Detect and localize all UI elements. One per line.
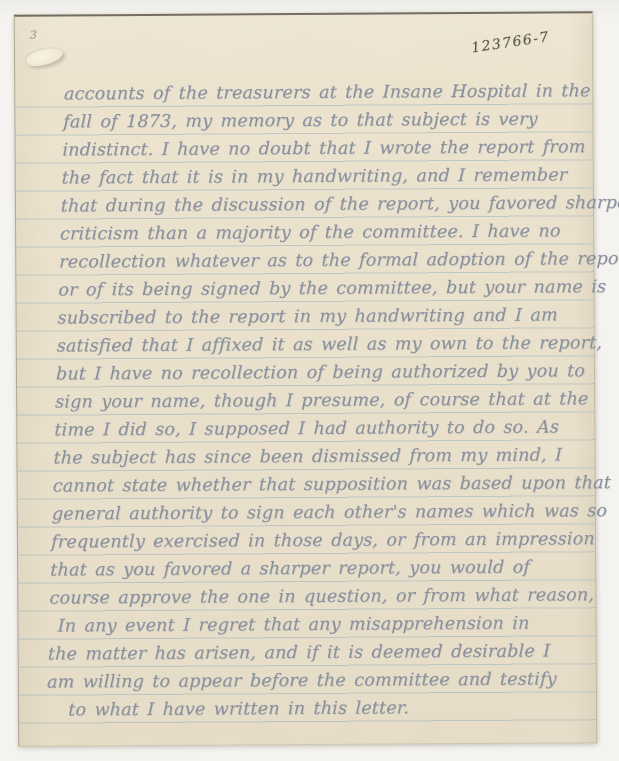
paper-blemish bbox=[25, 45, 65, 69]
archive-number: 123766-7 bbox=[470, 29, 551, 56]
handwritten-line: fall of 1873, my memory as to that subje… bbox=[63, 105, 589, 136]
handwritten-line: time I did so, I supposed I had authorit… bbox=[54, 413, 580, 444]
handwritten-line: accounts of the treasurers at the Insane… bbox=[64, 77, 590, 108]
page-number-mark: 3 bbox=[30, 29, 37, 42]
letter-page: 3 123766-7 accounts of the treasurers at… bbox=[14, 11, 597, 747]
handwritten-line: or of its being signed by the committee,… bbox=[58, 273, 584, 304]
letter-body: accounts of the treasurers at the Insane… bbox=[46, 77, 590, 724]
handwritten-line: that as you favored a sharper report, yo… bbox=[50, 553, 576, 584]
handwritten-line: In any event I regret that any misappreh… bbox=[48, 609, 574, 640]
handwritten-line: sign your name, though I presume, of cou… bbox=[55, 385, 581, 416]
handwritten-line: the fact that it is in my handwriting, a… bbox=[61, 161, 587, 192]
handwritten-line: subscribed to the report in my handwriti… bbox=[57, 301, 583, 332]
handwritten-line: criticism than a majority of the committ… bbox=[60, 217, 586, 248]
handwritten-line: that during the discussion of the report… bbox=[60, 189, 586, 220]
handwritten-line: satisfied that I affixed it as well as m… bbox=[56, 329, 582, 360]
handwritten-line: the matter has arisen, and if it is deem… bbox=[47, 637, 573, 668]
handwritten-line: general authority to sign each other's n… bbox=[52, 497, 578, 528]
scan-background: 3 123766-7 accounts of the treasurers at… bbox=[0, 0, 619, 761]
handwritten-line: frequently exercised in those days, or f… bbox=[51, 525, 577, 556]
handwritten-line: the subject has since been dismissed fro… bbox=[53, 441, 579, 472]
handwritten-line: indistinct. I have no doubt that I wrote… bbox=[62, 133, 588, 164]
handwritten-line: cannot state whether that supposition wa… bbox=[52, 469, 578, 500]
handwritten-line: am willing to appear before the committe… bbox=[47, 665, 573, 696]
handwritten-line: recollection whatever as to the formal a… bbox=[59, 245, 585, 276]
handwritten-line: to what I have written in this letter. bbox=[46, 693, 572, 724]
handwritten-line: but I have no recollection of being auth… bbox=[56, 357, 582, 388]
handwritten-line: course approve the one in question, or f… bbox=[49, 581, 575, 612]
